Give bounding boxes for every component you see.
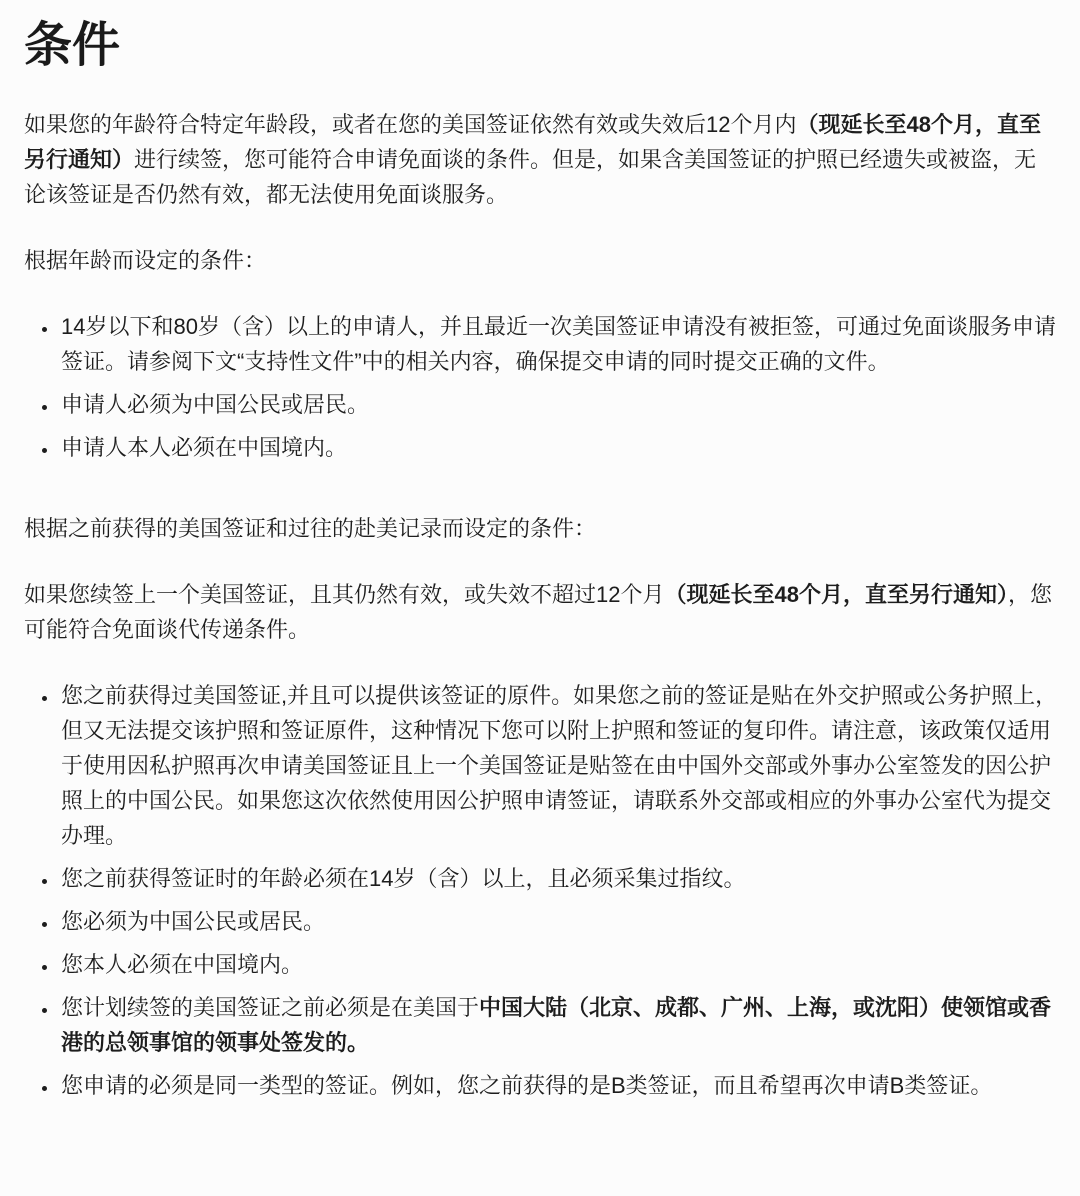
- age-conditions-heading: 根据年龄而设定的条件：: [24, 243, 1058, 278]
- history-conditions-list: 您之前获得过美国签证,并且可以提供该签证的原件。如果您之前的签证是贴在外交护照或…: [24, 678, 1058, 1103]
- list-item: 您之前获得签证时的年龄必须在14岁（含）以上，且必须采集过指纹。: [59, 861, 1058, 896]
- page-title: 条件: [24, 16, 1058, 76]
- history-conditions-heading: 根据之前获得的美国签证和过往的赴美记录而设定的条件：: [24, 511, 1058, 546]
- list-item: 申请人本人必须在中国境内。: [59, 430, 1058, 465]
- age-conditions-list: 14岁以下和80岁（含）以上的申请人，并且最近一次美国签证申请没有被拒签，可通过…: [24, 309, 1058, 465]
- list-item: 您申请的必须是同一类型的签证。例如，您之前获得的是B类签证，而且希望再次申请B类…: [59, 1068, 1058, 1103]
- history-intro-paragraph: 如果您续签上一个美国签证，且其仍然有效，或失效不超过12个月（现延长至48个月，…: [24, 577, 1058, 647]
- intro-paragraph: 如果您的年龄符合特定年龄段，或者在您的美国签证依然有效或失效后12个月内（现延长…: [24, 107, 1058, 212]
- list-item: 申请人必须为中国公民或居民。: [59, 387, 1058, 422]
- list-item-text-pre: 您计划续签的美国签证之前必须是在美国于: [61, 995, 479, 1020]
- conditions-document: 条件 如果您的年龄符合特定年龄段，或者在您的美国签证依然有效或失效后12个月内（…: [0, 0, 1080, 1196]
- list-item: 14岁以下和80岁（含）以上的申请人，并且最近一次美国签证申请没有被拒签，可通过…: [59, 309, 1058, 379]
- intro-text-pre: 如果您的年龄符合特定年龄段，或者在您的美国签证依然有效或失效后12个月内: [24, 112, 796, 137]
- list-item: 您之前获得过美国签证,并且可以提供该签证的原件。如果您之前的签证是贴在外交护照或…: [59, 678, 1058, 853]
- list-item: 您必须为中国公民或居民。: [59, 904, 1058, 939]
- list-item: 您计划续签的美国签证之前必须是在美国于中国大陆（北京、成都、广州、上海，或沈阳）…: [59, 990, 1058, 1060]
- intro-text-post: 进行续签，您可能符合申请免面谈的条件。但是，如果含美国签证的护照已经遗失或被盗，…: [24, 147, 1036, 207]
- list-item: 您本人必须在中国境内。: [59, 947, 1058, 982]
- history-text-pre: 如果您续签上一个美国签证，且其仍然有效，或失效不超过12个月: [24, 582, 664, 607]
- history-text-bold: （现延长至48个月，直至另行通知）: [664, 582, 1007, 607]
